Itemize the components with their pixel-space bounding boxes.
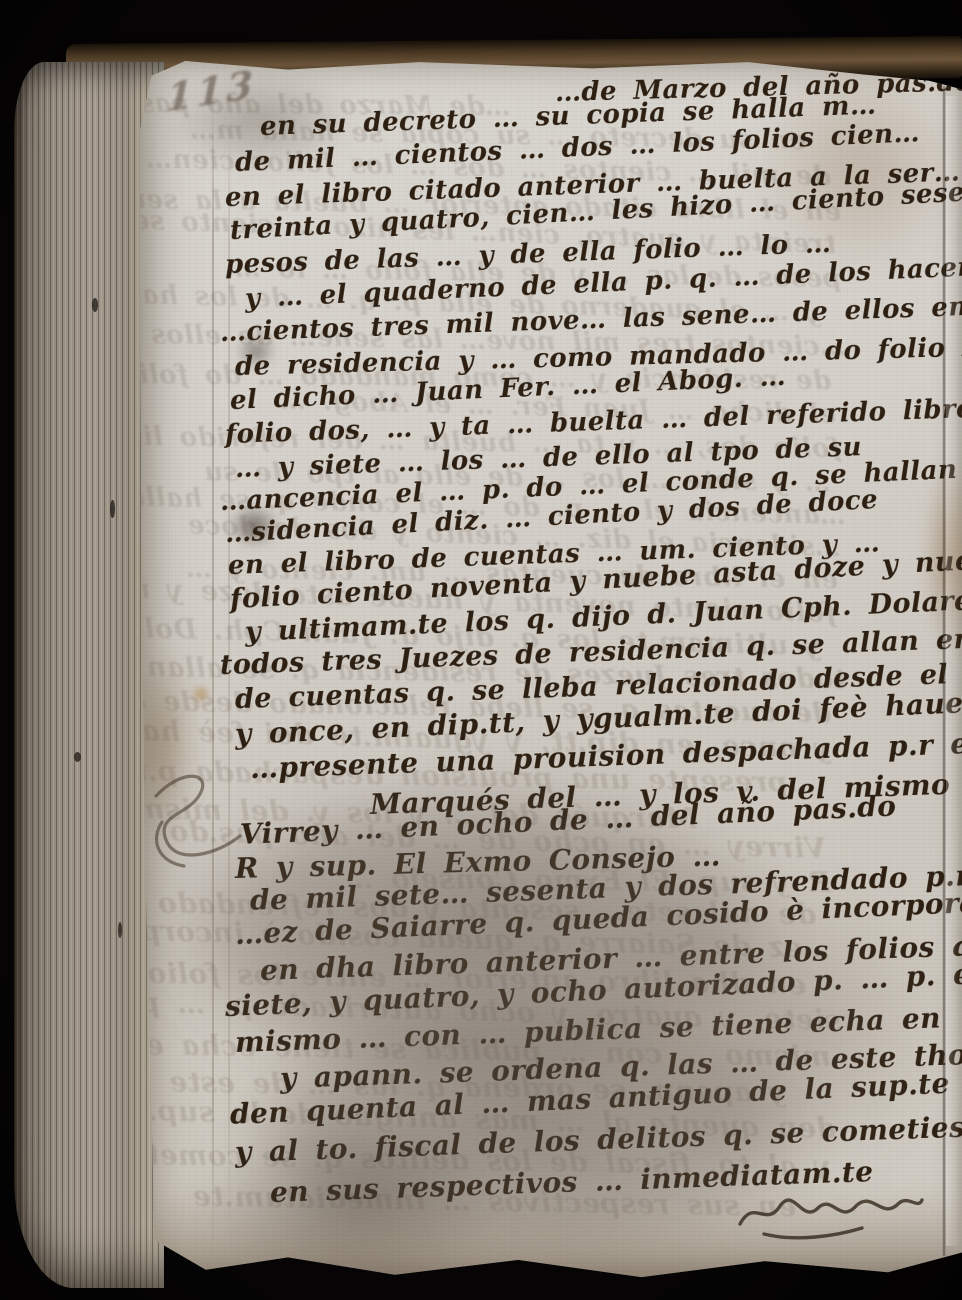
manuscript-page: 113 …de Marzo del año pas.doen su decret…: [140, 56, 962, 1292]
margin-flourish-icon: [148, 762, 268, 882]
page-fold-highlight: [946, 96, 960, 1246]
edge-speck: [118, 922, 122, 938]
edge-speck: [110, 500, 115, 518]
edge-speck: [92, 298, 98, 312]
signature-flourish-icon: [736, 1184, 926, 1244]
scan-background: 113 …de Marzo del año pas.doen su decret…: [0, 0, 962, 1300]
page-fold-line: [943, 86, 945, 1256]
edge-speck: [74, 752, 81, 762]
